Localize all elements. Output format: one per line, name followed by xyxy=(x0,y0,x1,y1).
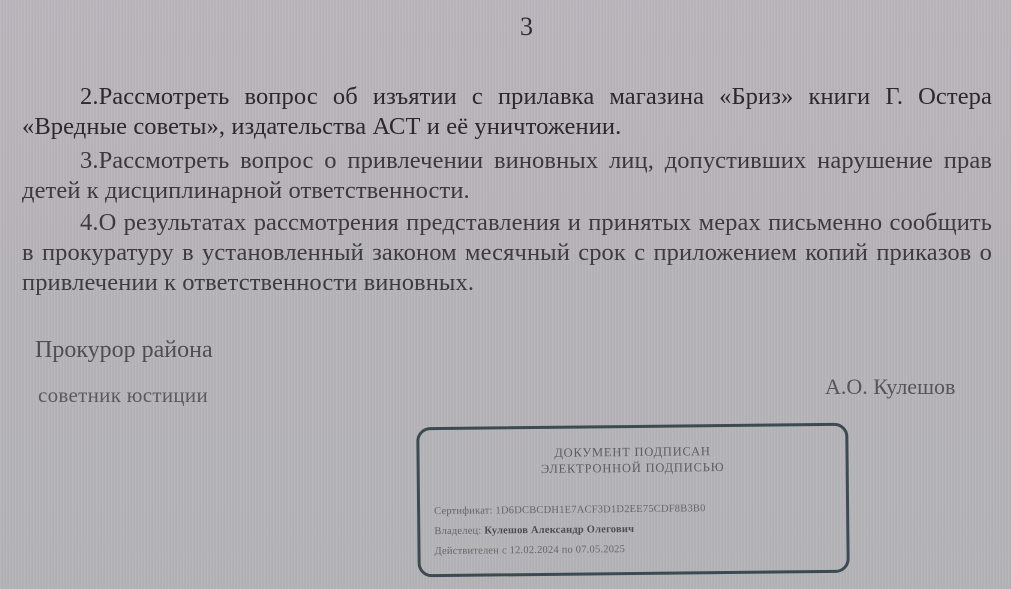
paragraph-4: 4.О результатах рассмотрения представлен… xyxy=(22,208,992,298)
paragraph-2: 2.Рассмотреть вопрос об изъятии с прилав… xyxy=(22,82,992,142)
stamp-validity: Действителен с 12.02.2024 по 07.05.2025 xyxy=(434,544,625,557)
stamp-owner: Владелец: Кулешов Александр Олегович xyxy=(434,524,634,537)
validity-value: с 12.02.2024 по 07.05.2025 xyxy=(502,544,625,556)
owner-label: Владелец xyxy=(434,526,478,537)
validity-label: Действителен xyxy=(434,545,499,557)
certificate-value: 1D6DCBCDH1E7ACF3D1D2EE75CDF8B3B0 xyxy=(495,503,705,516)
electronic-signature-stamp: Документ подписан электронной подписью С… xyxy=(416,423,850,578)
signatory-name: А.О. Кулешов xyxy=(825,374,955,400)
stamp-heading: Документ подписан электронной подписью xyxy=(419,442,845,478)
paragraph-4-text: 4.О результатах рассмотрения представлен… xyxy=(22,209,992,296)
paragraph-2-text: 2.Рассмотреть вопрос об изъятии с прилав… xyxy=(22,83,992,140)
owner-value: Кулешов Александр Олегович xyxy=(484,524,634,537)
paragraph-3: 3.Рассмотреть вопрос о привлечении винов… xyxy=(22,146,992,206)
stamp-certificate: Сертификат: 1D6DCBCDH1E7ACF3D1D2EE75CDF8… xyxy=(434,503,706,517)
stamp-heading-line-2: электронной подписью xyxy=(420,458,846,478)
page-number: 3 xyxy=(520,12,533,42)
paragraph-3-text: 3.Рассмотреть вопрос о привлечении винов… xyxy=(22,147,992,204)
signatory-title: Прокурор района xyxy=(35,337,213,364)
certificate-label: Сертификат xyxy=(434,506,490,518)
signatory-rank: советник юстиции xyxy=(38,383,208,408)
